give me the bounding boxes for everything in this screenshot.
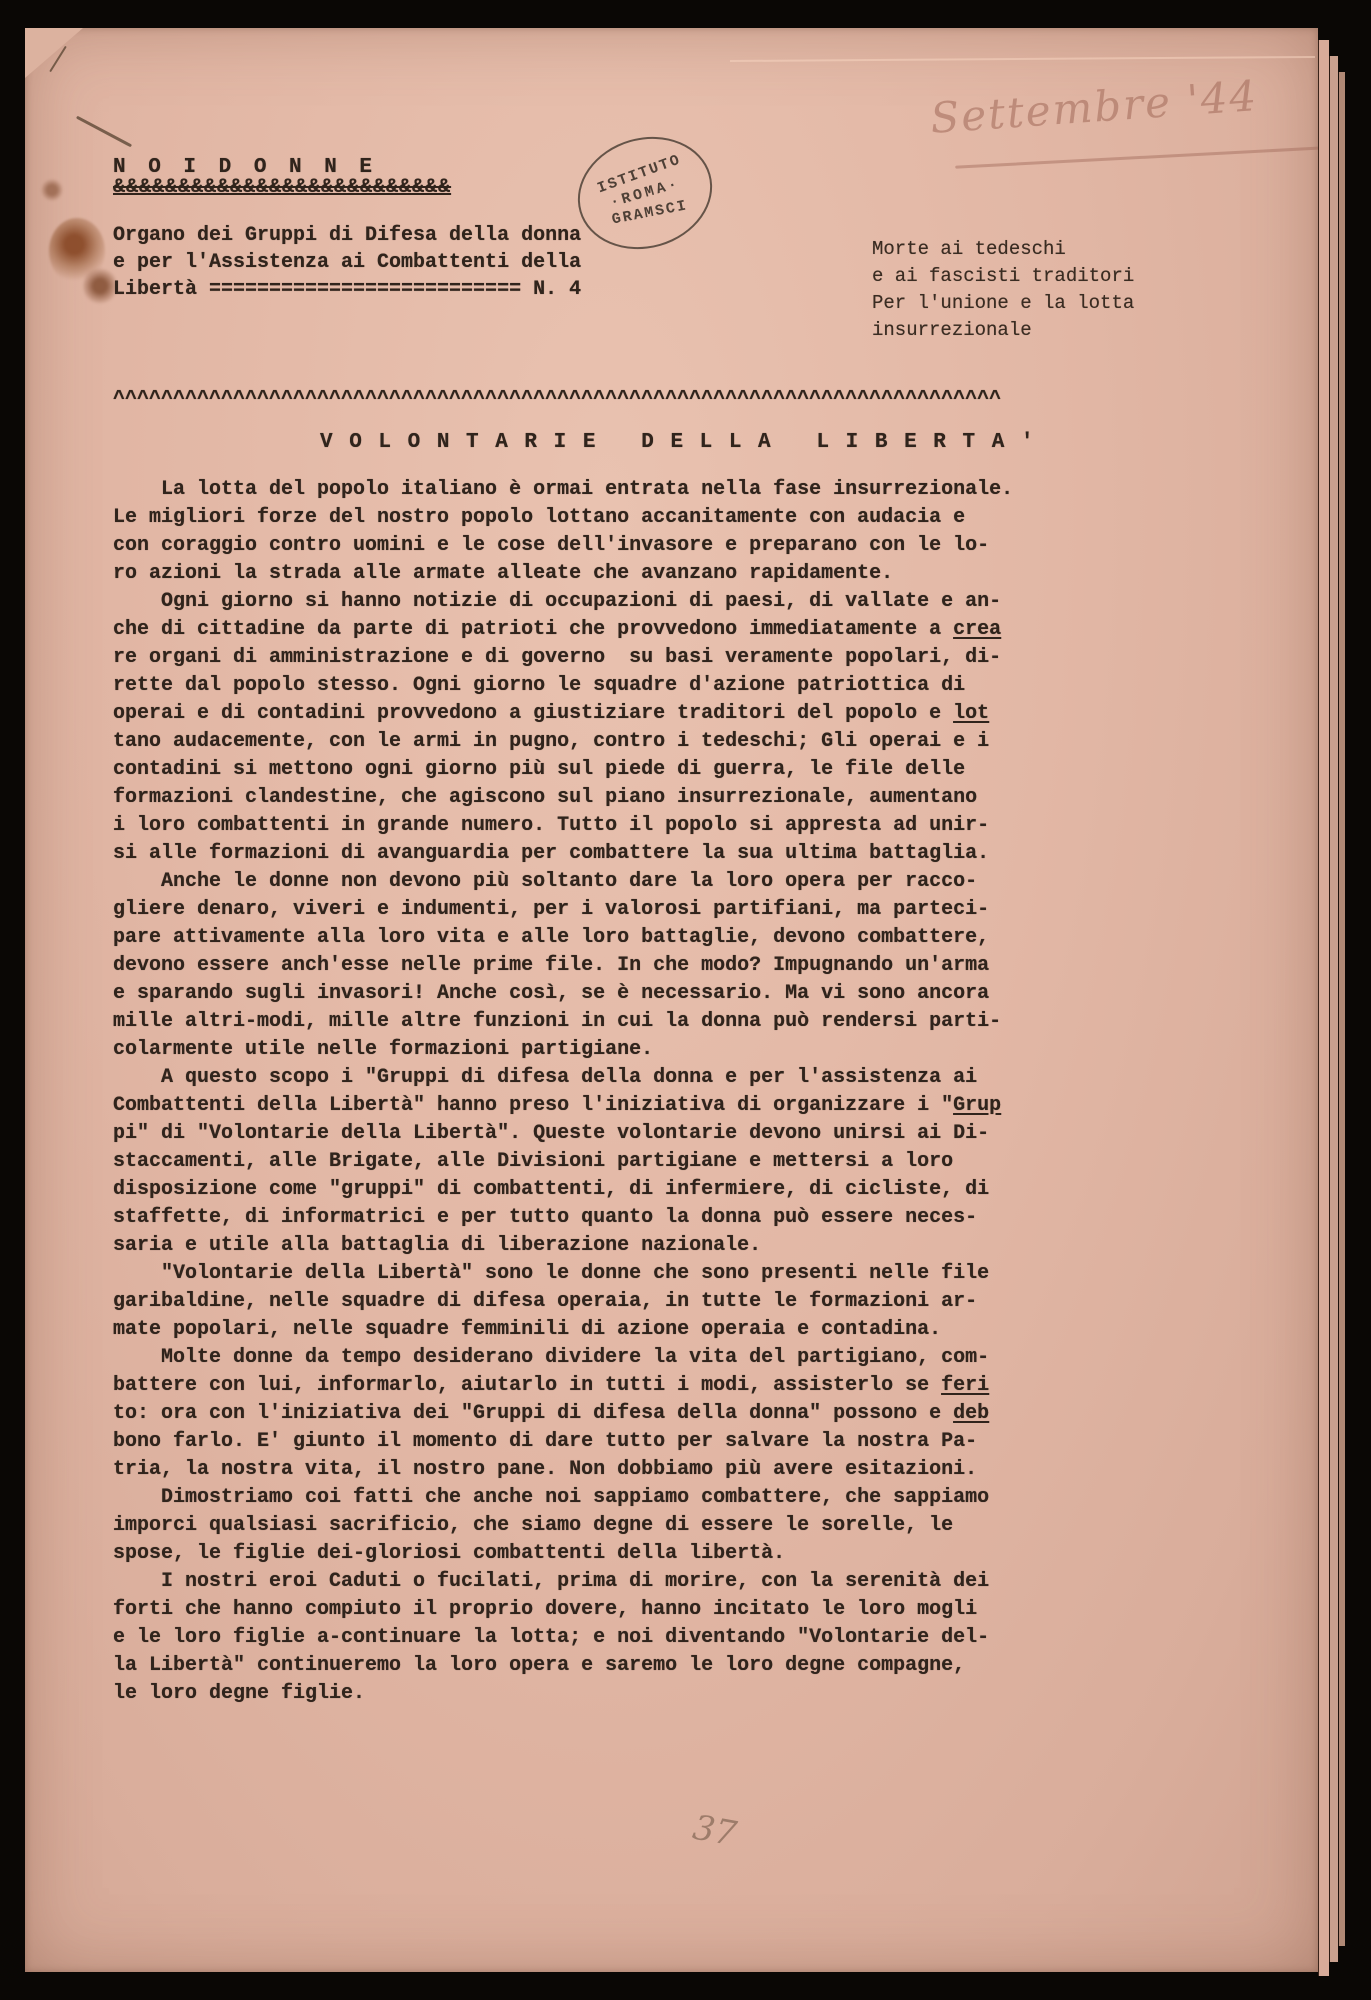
text-line: staffette, di informatrici e per tutto q… bbox=[113, 1204, 1013, 1232]
text-line: che di cittadine da parte di patrioti ch… bbox=[113, 616, 1013, 644]
masthead-subtitle: Organo dei Gruppi di Difesa della donnae… bbox=[113, 222, 581, 303]
text-line: Dimostriamo coi fatti che anche noi sapp… bbox=[113, 1484, 1013, 1512]
text-line: imporci qualsiasi sacrificio, che siamo … bbox=[113, 1512, 1013, 1540]
text-line: spose, le figlie dei-gloriosi combattent… bbox=[113, 1540, 1013, 1568]
text-line: A questo scopo i "Gruppi di difesa della… bbox=[113, 1064, 1013, 1092]
text-line: mille altri-modi, mille altre funzioni i… bbox=[113, 1008, 1013, 1036]
scanned-document-canvas: N O I D O N N E &&&&&&&&&&&&&&&&&&&&&&&&… bbox=[0, 0, 1371, 2000]
archive-stamp: ISTITUTO ·ROMA· GRAMSCI bbox=[564, 121, 725, 264]
text-line: re organi di amministrazione e di govern… bbox=[113, 644, 1013, 672]
text-line: Combattenti della Libertà" hanno preso l… bbox=[113, 1092, 1013, 1120]
text-line: forti che hanno compiuto il proprio dove… bbox=[113, 1596, 1013, 1624]
text-line: gliere denaro, viveri e indumenti, per i… bbox=[113, 896, 1013, 924]
sheet-edge-line bbox=[730, 56, 1315, 62]
text-line: pi" di "Volontarie della Libertà". Quest… bbox=[113, 1120, 1013, 1148]
paper-sheet: N O I D O N N E &&&&&&&&&&&&&&&&&&&&&&&&… bbox=[25, 28, 1318, 1972]
text-line: formazioni clandestine, che agiscono sul… bbox=[113, 784, 1013, 812]
text-line: e per l'Assistenza ai Combattenti della bbox=[113, 249, 581, 276]
masthead-strike-row: &&&&&&&&&&&&&&&&&&&&&&&&&& bbox=[113, 176, 451, 199]
text-line: Le migliori forze del nostro popolo lott… bbox=[113, 504, 1013, 532]
text-line: Libertà ========================== N. 4 bbox=[113, 276, 581, 303]
text-line: e ai fascisti traditori bbox=[872, 263, 1134, 290]
text-line: operai e di contadini provvedono a giust… bbox=[113, 700, 1013, 728]
text-line: Anche le donne non devono più soltanto d… bbox=[113, 868, 1013, 896]
text-line: La lotta del popolo italiano è ormai ent… bbox=[113, 476, 1013, 504]
text-line: e sparando sugli invasori! Anche così, s… bbox=[113, 980, 1013, 1008]
rust-stain bbox=[83, 266, 117, 306]
text-line: colarmente utile nelle formazioni partig… bbox=[113, 1036, 1013, 1064]
text-line: la Libertà" continueremo la loro opera e… bbox=[113, 1652, 1013, 1680]
text-line: I nostri eroi Caduti o fucilati, prima d… bbox=[113, 1568, 1013, 1596]
text-line: ro azioni la strada alle armate alleate … bbox=[113, 560, 1013, 588]
handwritten-date: Settembre '44 bbox=[929, 66, 1331, 143]
text-line: bono farlo. E' giunto il momento di dare… bbox=[113, 1428, 1013, 1456]
text-line: Per l'unione e la lotta bbox=[872, 290, 1134, 317]
text-line: devono essere anch'esse nelle prime file… bbox=[113, 952, 1013, 980]
article-body: La lotta del popolo italiano è ormai ent… bbox=[113, 476, 1013, 1708]
handwritten-date-underline bbox=[955, 146, 1325, 168]
rust-stain bbox=[41, 178, 63, 202]
text-line: mate popolari, nelle squadre femminili d… bbox=[113, 1316, 1013, 1344]
text-line: insurrezionale bbox=[872, 317, 1134, 344]
page-stack-edge bbox=[1329, 56, 1338, 1962]
text-line: Ogni giorno si hanno notizie di occupazi… bbox=[113, 588, 1013, 616]
article-title: V O L O N T A R I E D E L L A L I B E R … bbox=[320, 431, 1036, 454]
page-stack-edge bbox=[1318, 40, 1329, 1976]
text-line: disposizione come "gruppi" di combattent… bbox=[113, 1176, 1013, 1204]
text-line: Morte ai tedeschi bbox=[872, 236, 1134, 263]
text-line: contadini si mettono ogni giorno più sul… bbox=[113, 756, 1013, 784]
text-line: "Volontarie della Libertà" sono le donne… bbox=[113, 1260, 1013, 1288]
text-line: tano audacemente, con le armi in pugno, … bbox=[113, 728, 1013, 756]
text-line: staccamenti, alle Brigate, alle Division… bbox=[113, 1148, 1013, 1176]
text-line: to: ora con l'iniziativa dei "Gruppi di … bbox=[113, 1400, 1013, 1428]
text-line: con coraggio contro uomini e le cose del… bbox=[113, 532, 1013, 560]
text-line: le loro degne figlie. bbox=[113, 1680, 1013, 1708]
text-line: tria, la nostra vita, il nostro pane. No… bbox=[113, 1456, 1013, 1484]
divider-row: ^^^^^^^^^^^^^^^^^^^^^^^^^^^^^^^^^^^^^^^^… bbox=[113, 388, 1001, 411]
text-line: pare attivamente alla loro vita e alle l… bbox=[113, 924, 1013, 952]
text-line: battere con lui, informarlo, aiutarlo in… bbox=[113, 1372, 1013, 1400]
page-stack-edge bbox=[1338, 72, 1345, 1946]
text-line: Organo dei Gruppi di Difesa della donna bbox=[113, 222, 581, 249]
slogan-block: Morte ai tedeschie ai fascisti traditori… bbox=[872, 236, 1134, 344]
handwritten-page-number: 37 bbox=[690, 1808, 740, 1855]
text-line: rette dal popolo stesso. Ogni giorno le … bbox=[113, 672, 1013, 700]
crease-mark bbox=[76, 116, 132, 148]
text-line: garibaldine, nelle squadre di difesa ope… bbox=[113, 1288, 1013, 1316]
text-line: Molte donne da tempo desiderano dividere… bbox=[113, 1344, 1013, 1372]
text-line: e le loro figlie a-continuare la lotta; … bbox=[113, 1624, 1013, 1652]
text-line: si alle formazioni di avanguardia per co… bbox=[113, 840, 1013, 868]
text-line: i loro combattenti in grande numero. Tut… bbox=[113, 812, 1013, 840]
text-line: saria e utile alla battaglia di liberazi… bbox=[113, 1232, 1013, 1260]
